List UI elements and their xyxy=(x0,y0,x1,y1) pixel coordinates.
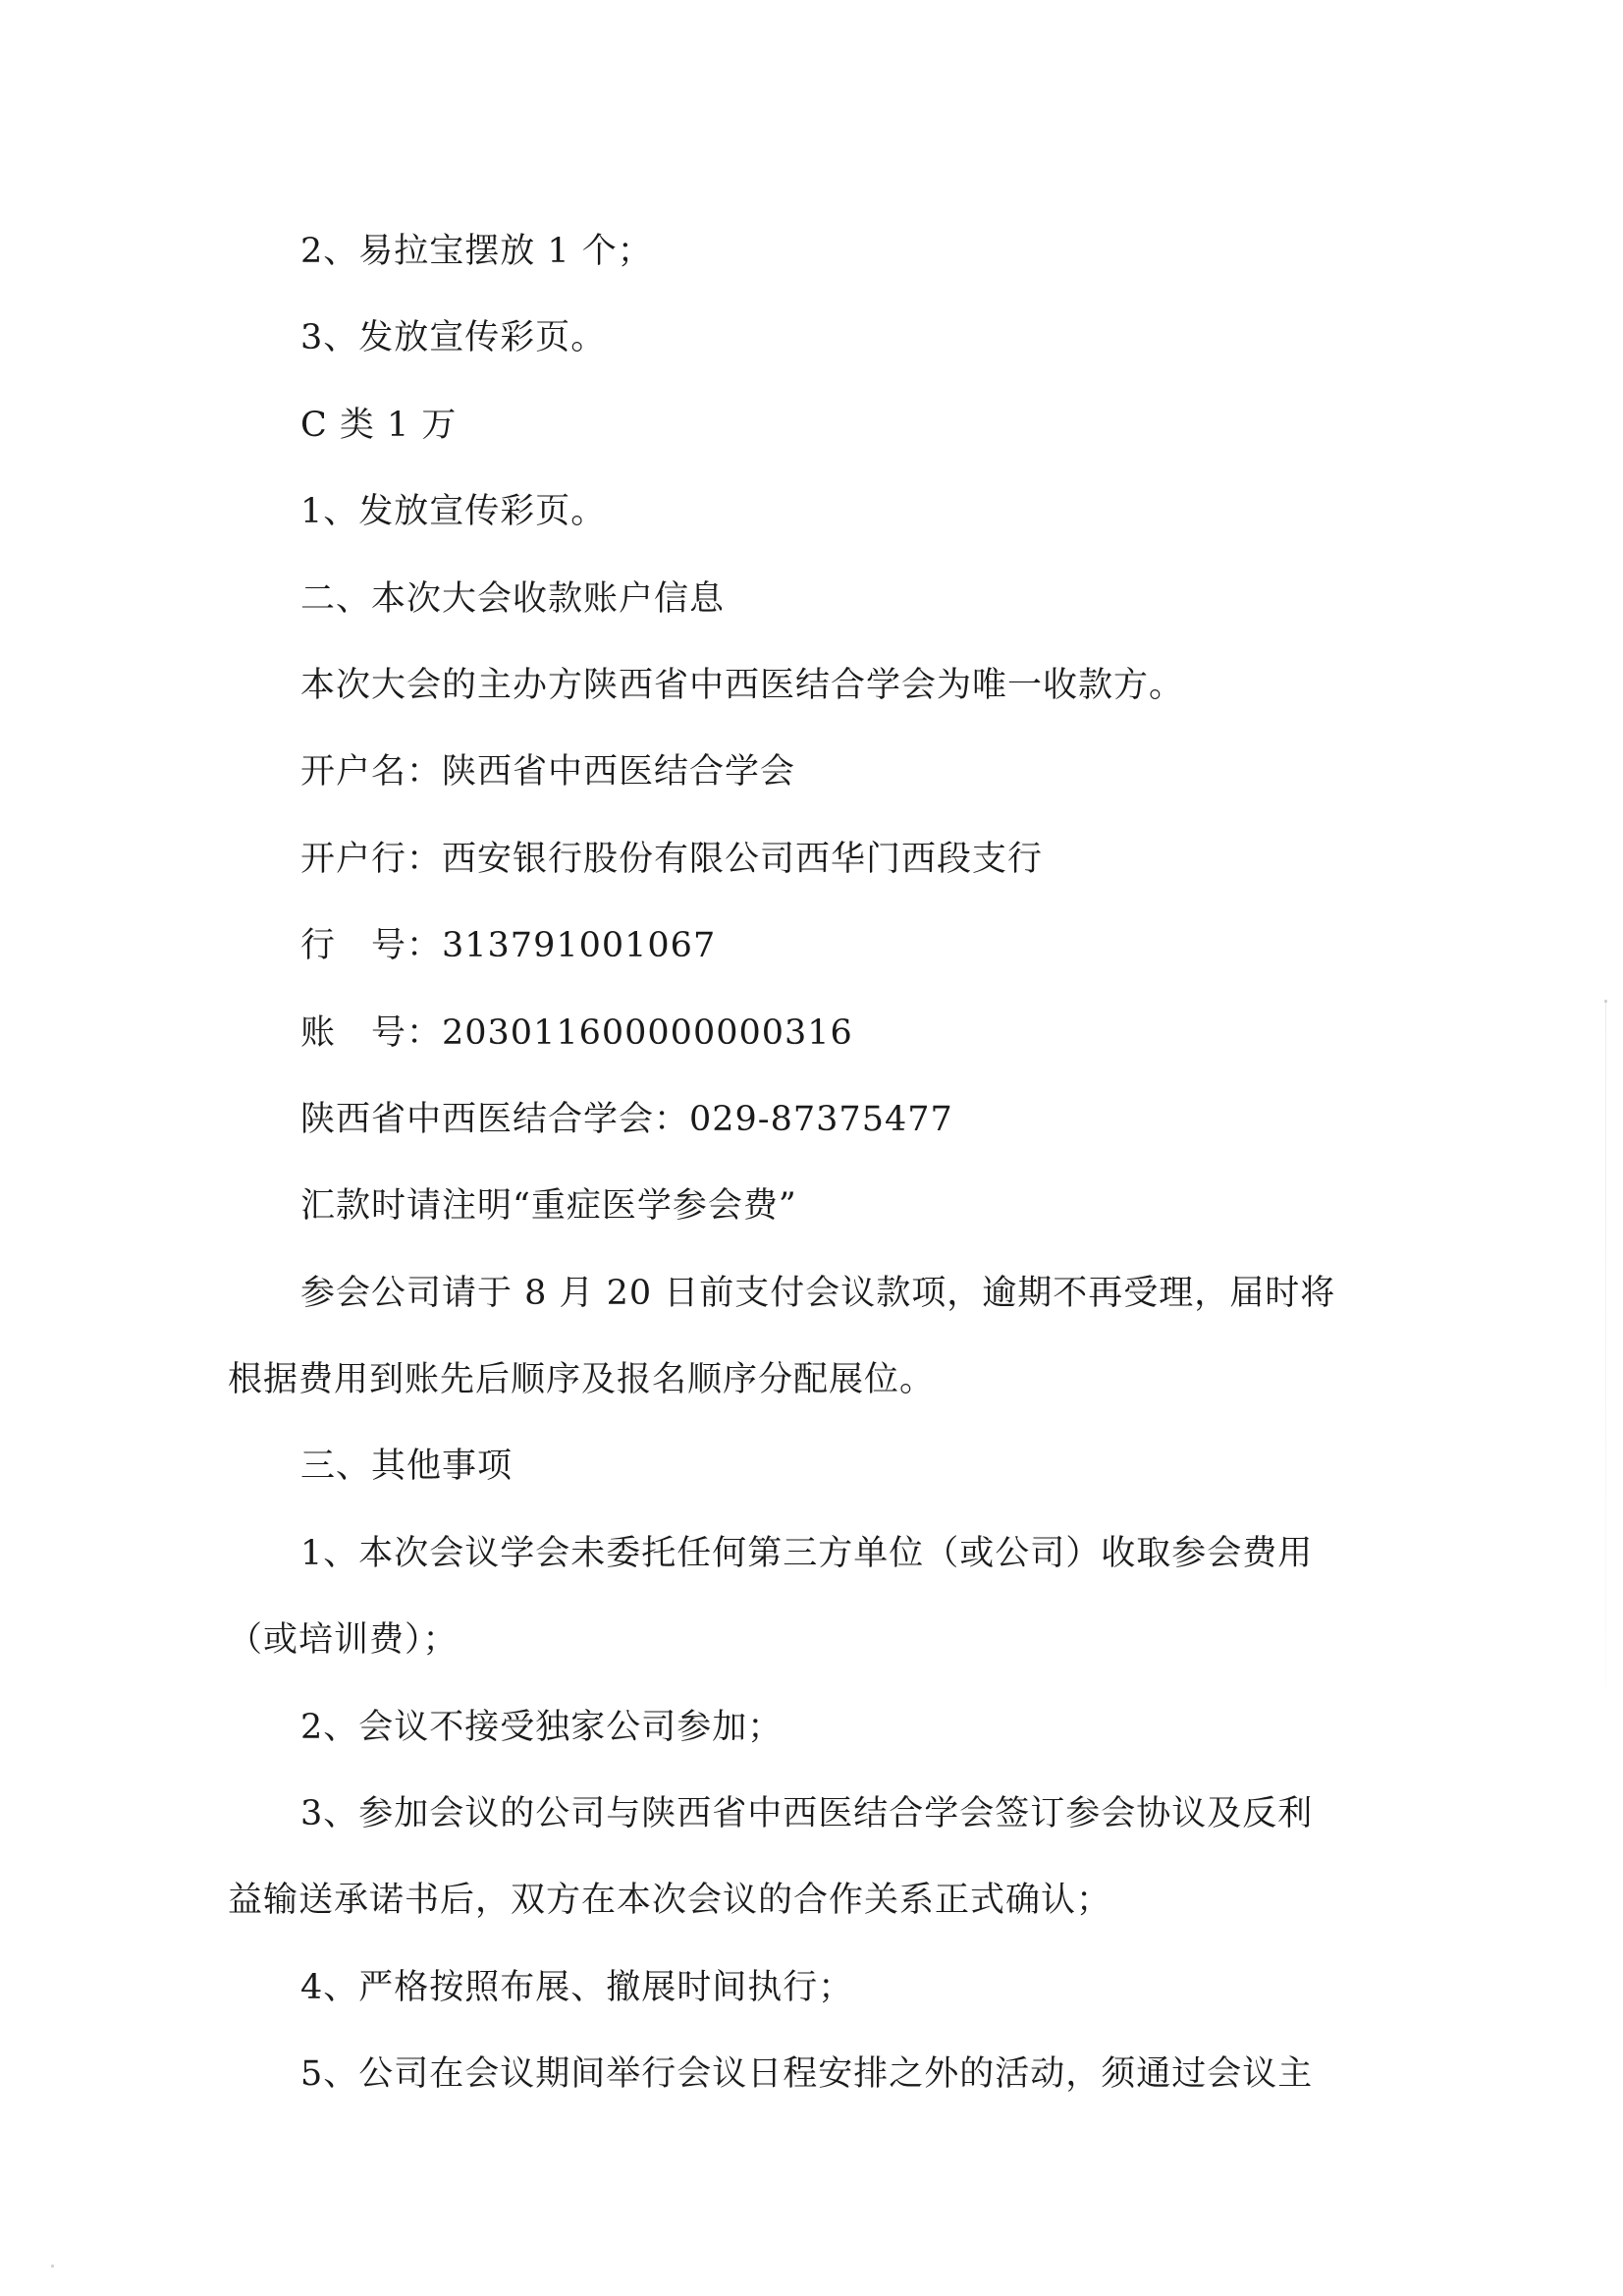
contact-phone-line: 陕西省中西医结合学会：029-87375477 xyxy=(228,1076,1386,1163)
other-item-1-line-1: 1、本次会议学会未委托任何第三方单位（或公司）收取参会费用 xyxy=(228,1510,1386,1597)
sole-payee-statement: 本次大会的主办方陕西省中西医结合学会为唯一收款方。 xyxy=(228,642,1386,729)
account-number-line: 账 号：203011600000000316 xyxy=(228,990,1386,1076)
other-item-3-line-2: 益输送承诺书后，双方在本次会议的合作关系正式确认； xyxy=(228,1857,1386,1943)
other-item-1-line-2: （或培训费）； xyxy=(228,1597,1386,1683)
scan-speck xyxy=(1604,1000,1607,1003)
booth-item-brochures: 3、发放宣传彩页。 xyxy=(228,295,1386,381)
other-item-4: 4、严格按照布展、撤展时间执行； xyxy=(228,1944,1386,2031)
bank-code-line: 行 号：313791001067 xyxy=(228,902,1386,989)
scanned-document-page: 2、易拉宝摆放 1 个； 3、发放宣传彩页。 C 类 1 万 1、发放宣传彩页。… xyxy=(0,0,1623,2296)
other-item-3-line-1: 3、参加会议的公司与陕西省中西医结合学会签订参会协议及反利 xyxy=(228,1771,1386,1857)
booth-item-rollup-banner: 2、易拉宝摆放 1 个； xyxy=(228,208,1386,295)
bank-name-line: 开户行：西安银行股份有限公司西华门西段支行 xyxy=(228,816,1386,902)
scan-edge-artifact xyxy=(1605,1002,1606,1689)
tier-c-heading: C 类 1 万 xyxy=(228,382,1386,468)
section-other-heading: 三、其他事项 xyxy=(228,1423,1386,1509)
account-name-line: 开户名：陕西省中西医结合学会 xyxy=(228,729,1386,815)
payment-deadline-line-1: 参会公司请于 8 月 20 日前支付会议款项，逾期不再受理，届时将 xyxy=(228,1250,1386,1337)
other-item-5-line-1: 5、公司在会议期间举行会议日程安排之外的活动，须通过会议主 xyxy=(228,2031,1386,2117)
remittance-remark-line: 汇款时请注明“重症医学参会费” xyxy=(228,1163,1386,1249)
document-body: 2、易拉宝摆放 1 个； 3、发放宣传彩页。 C 类 1 万 1、发放宣传彩页。… xyxy=(228,208,1386,2118)
tier-c-item-brochures: 1、发放宣传彩页。 xyxy=(228,468,1386,555)
scan-speck xyxy=(51,2265,54,2268)
other-item-2: 2、会议不接受独家公司参加； xyxy=(228,1684,1386,1771)
section-payment-heading: 二、本次大会收款账户信息 xyxy=(228,556,1386,642)
payment-deadline-line-2: 根据费用到账先后顺序及报名顺序分配展位。 xyxy=(228,1337,1386,1423)
